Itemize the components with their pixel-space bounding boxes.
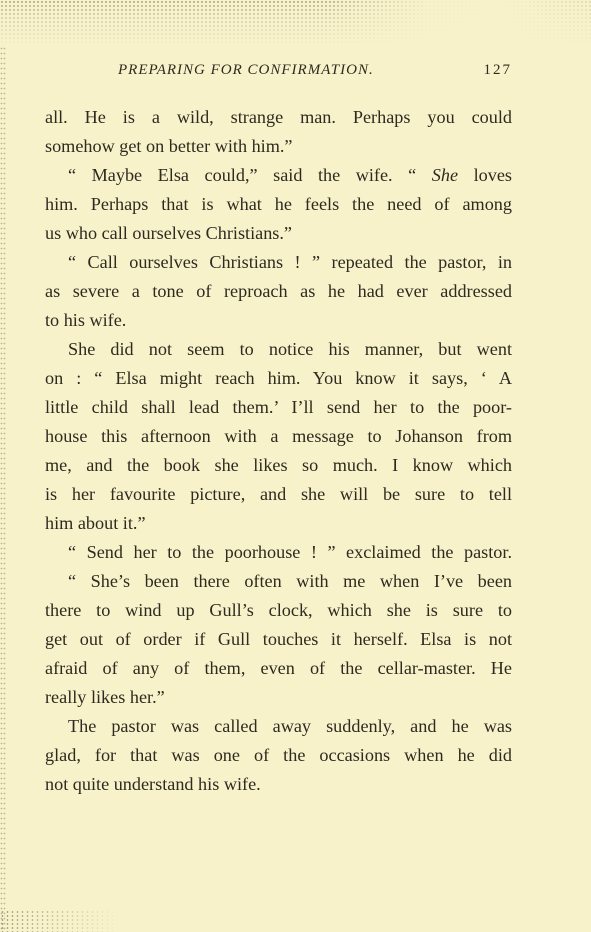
text-line: us who call ourselves Christians.” xyxy=(45,219,512,248)
text-line: somehow get on better with him.” xyxy=(45,132,512,161)
text-line: really likes her.” xyxy=(45,683,512,712)
text-line: me, and the book she likes so much. I kn… xyxy=(45,451,512,480)
body-text: all. He is a wild, strange man. Perhaps … xyxy=(45,103,512,799)
text-line: as severe a tone of reproach as he had e… xyxy=(45,277,512,306)
running-head-title: PREPARING FOR CONFIRMATION. xyxy=(118,62,374,79)
text-line: house this afternoon with a message to J… xyxy=(45,422,512,451)
page-number: 127 xyxy=(484,62,513,79)
text-line: She did not seem to notice his manner, b… xyxy=(45,335,512,364)
text-line: The pastor was called away suddenly, and… xyxy=(45,712,512,741)
scan-speckle-bottom xyxy=(0,910,120,932)
text-line: “ Maybe Elsa could,” said the wife. “ Sh… xyxy=(45,161,512,190)
scan-speckle-top xyxy=(0,0,591,46)
text-line: get out of order if Gull touches it hers… xyxy=(45,625,512,654)
text-line: him about it.” xyxy=(45,509,512,538)
text-line: little child shall lead them.’ I’ll send… xyxy=(45,393,512,422)
text-line: “ Call ourselves Christians ! ” repeated… xyxy=(45,248,512,277)
scan-speckle-left xyxy=(0,46,6,932)
text-line: to his wife. xyxy=(45,306,512,335)
text-line: on : “ Elsa might reach him. You know it… xyxy=(45,364,512,393)
text-line: is her favourite picture, and she will b… xyxy=(45,480,512,509)
text-line: him. Perhaps that is what he feels the n… xyxy=(45,190,512,219)
scan-speckle-fade xyxy=(0,0,591,46)
text-line: not quite understand his wife. xyxy=(45,770,512,799)
emphasis: She xyxy=(432,165,458,185)
text-line: glad, for that was one of the occasions … xyxy=(45,741,512,770)
text-line: “ She’s been there often with me when I’… xyxy=(45,567,512,596)
text-line: there to wind up Gull’s clock, which she… xyxy=(45,596,512,625)
text-line: all. He is a wild, strange man. Perhaps … xyxy=(45,103,512,132)
text-line: “ Send her to the poorhouse ! ” exclaime… xyxy=(45,538,512,567)
running-head: PREPARING FOR CONFIRMATION. 127 xyxy=(118,62,512,84)
text-line: afraid of any of them, even of the cella… xyxy=(45,654,512,683)
